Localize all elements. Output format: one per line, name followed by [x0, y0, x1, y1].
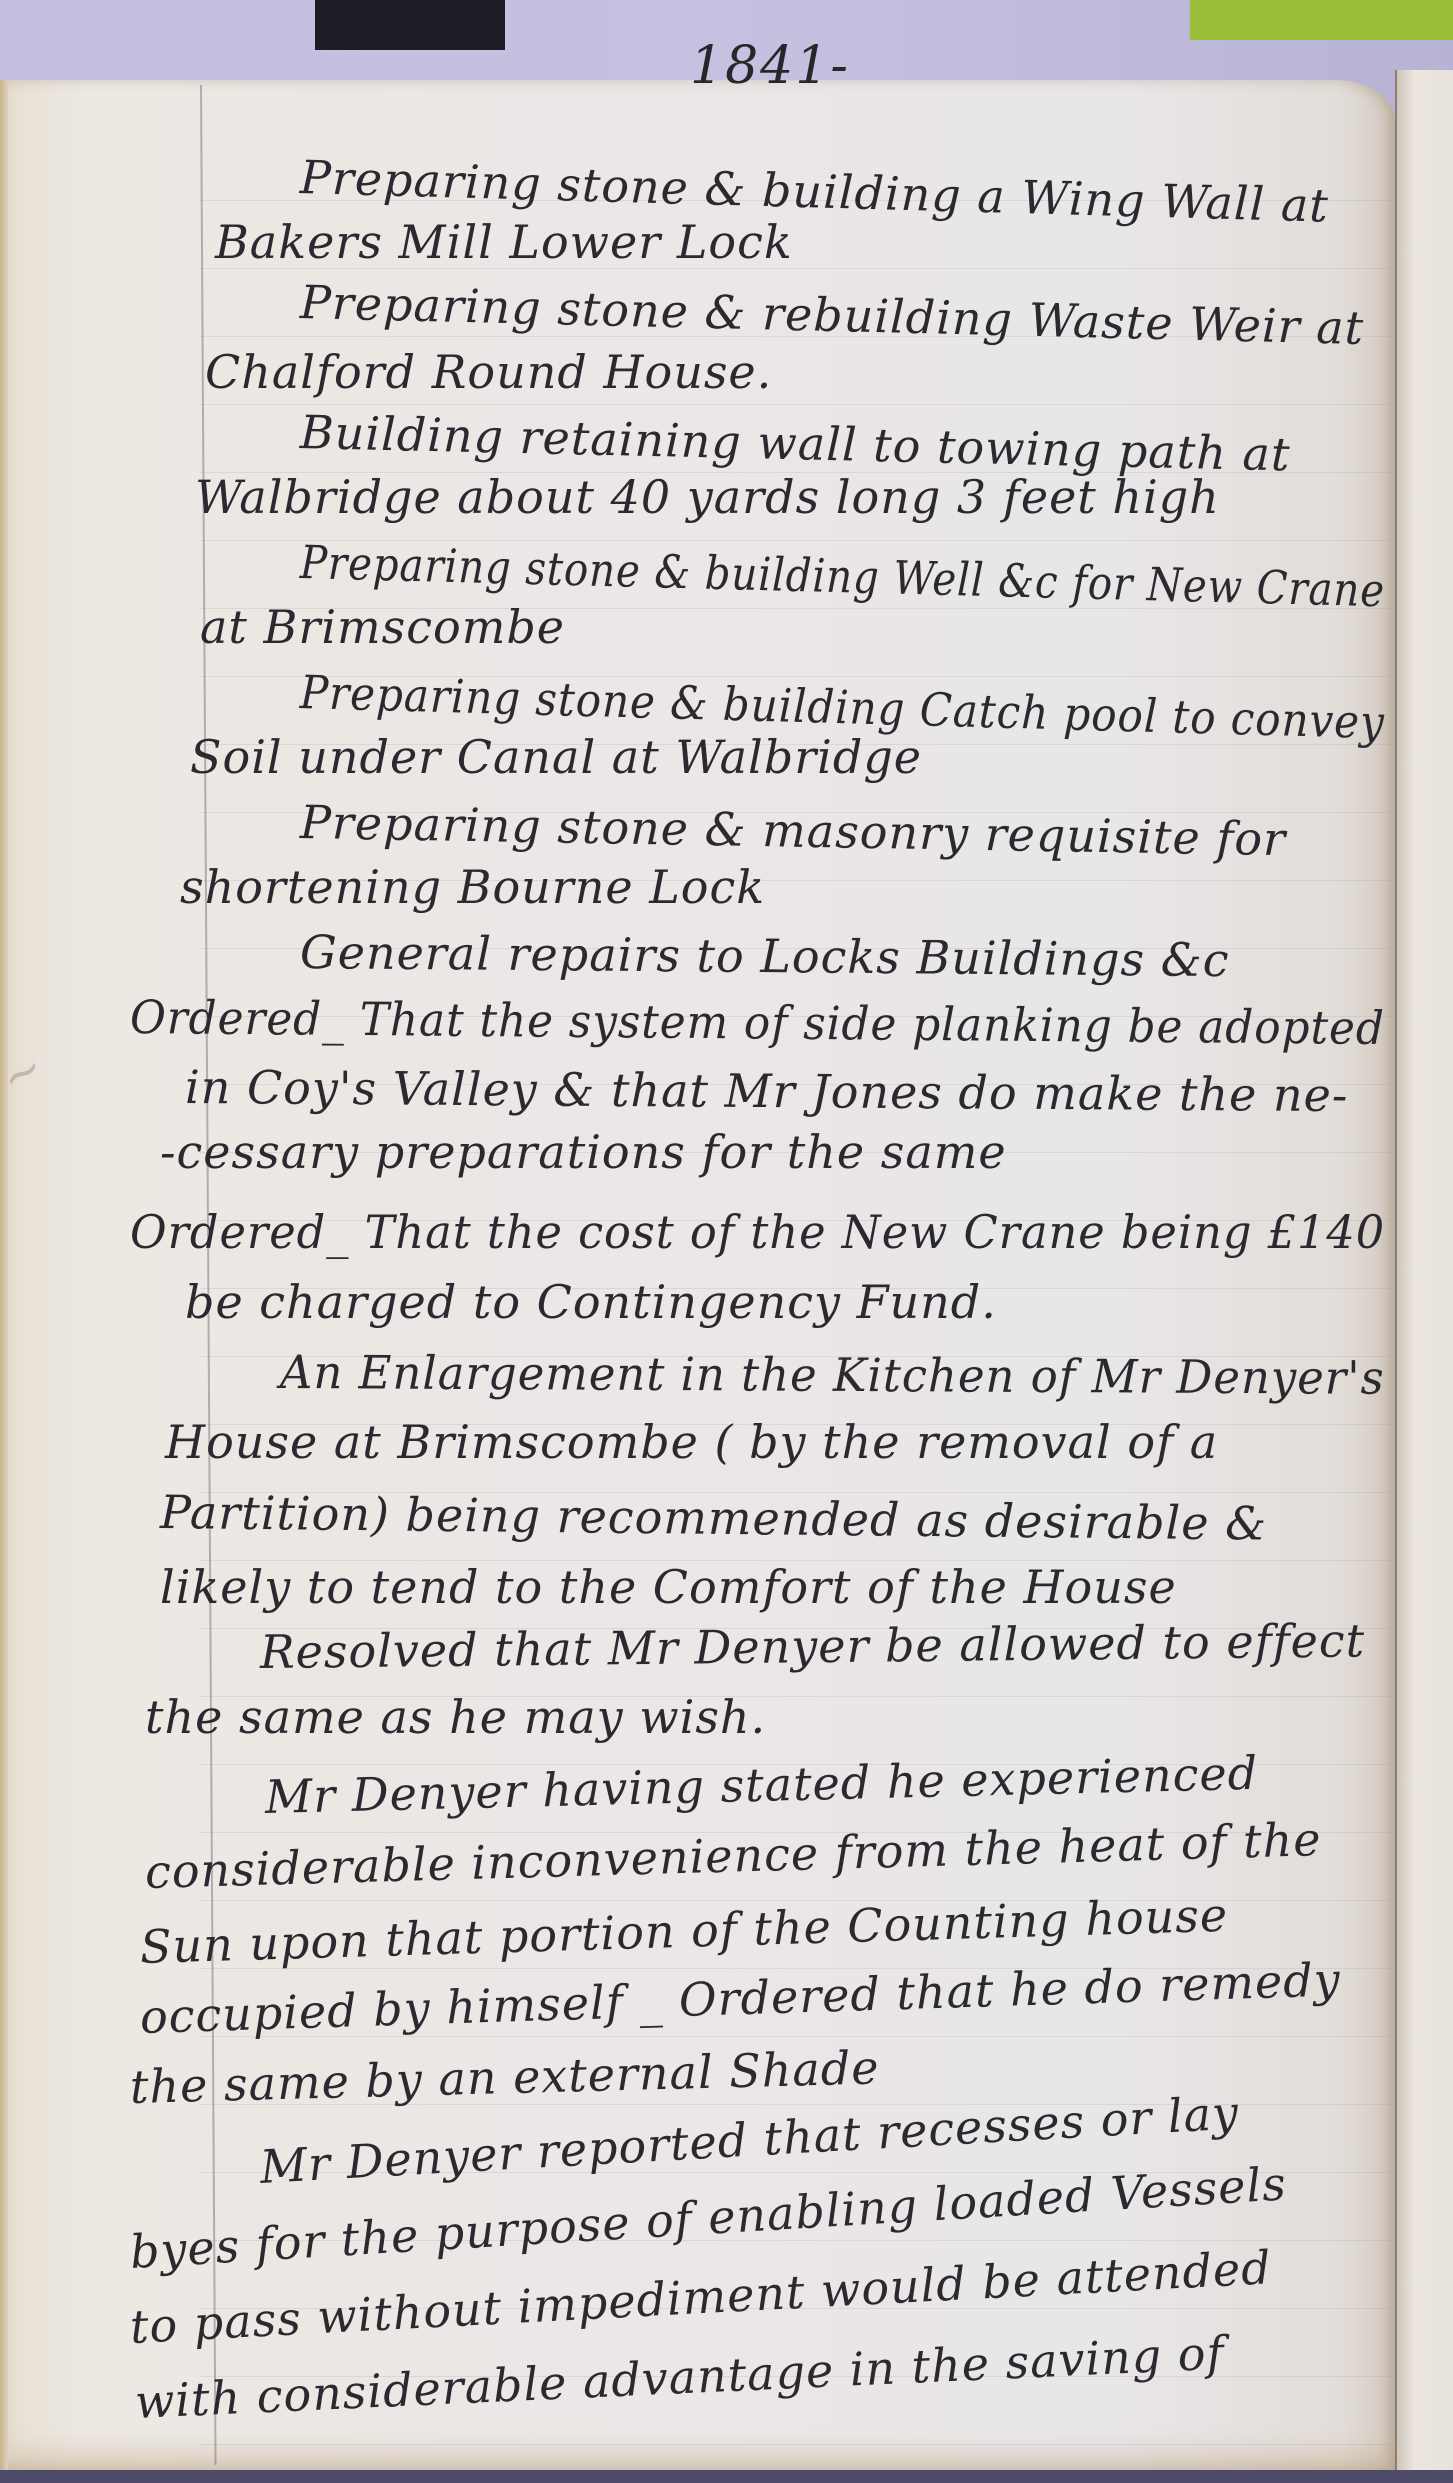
- ledger-rule: [200, 404, 1390, 405]
- manuscript-line: the same as he may wish.: [145, 1690, 766, 1744]
- manuscript-line: -cessary preparations for the same: [160, 1125, 1007, 1179]
- page-year-heading: 1841-: [690, 36, 850, 96]
- manuscript-line: likely to tend to the Comfort of the Hou…: [160, 1560, 1177, 1614]
- manuscript-line: An Enlargement in the Kitchen of Mr Deny…: [280, 1345, 1385, 1405]
- manuscript-line: Walbridge about 40 yards long 3 feet hig…: [195, 470, 1220, 524]
- manuscript-line: General repairs to Locks Buildings &c: [300, 925, 1230, 987]
- background-green-object: [1190, 0, 1453, 40]
- manuscript-line: Soil under Canal at Walbridge: [190, 730, 922, 784]
- manuscript-line: shortening Bourne Lock: [180, 860, 765, 914]
- ledger-rule: [200, 2444, 1390, 2445]
- manuscript-line: Ordered_ That the cost of the New Crane …: [130, 1205, 1385, 1259]
- manuscript-line: be charged to Contingency Fund.: [185, 1275, 997, 1329]
- manuscript-line: at Brimscombe: [200, 600, 565, 654]
- manuscript-line: House at Brimscombe ( by the removal of …: [165, 1415, 1218, 1469]
- background-dark-object: [315, 0, 505, 50]
- facing-page-edge: [1395, 70, 1453, 2470]
- manuscript-line: Bakers Mill Lower Lock: [215, 215, 793, 269]
- manuscript-line: Ordered_ That the system of side plankin…: [130, 990, 1385, 1055]
- manuscript-line: Chalford Round House.: [205, 345, 772, 399]
- manuscript-line: in Coy's Valley & that Mr Jones do make …: [185, 1060, 1349, 1122]
- manuscript-line: Resolved that Mr Denyer be allowed to ef…: [260, 1613, 1366, 1679]
- page-edge: [0, 80, 8, 2470]
